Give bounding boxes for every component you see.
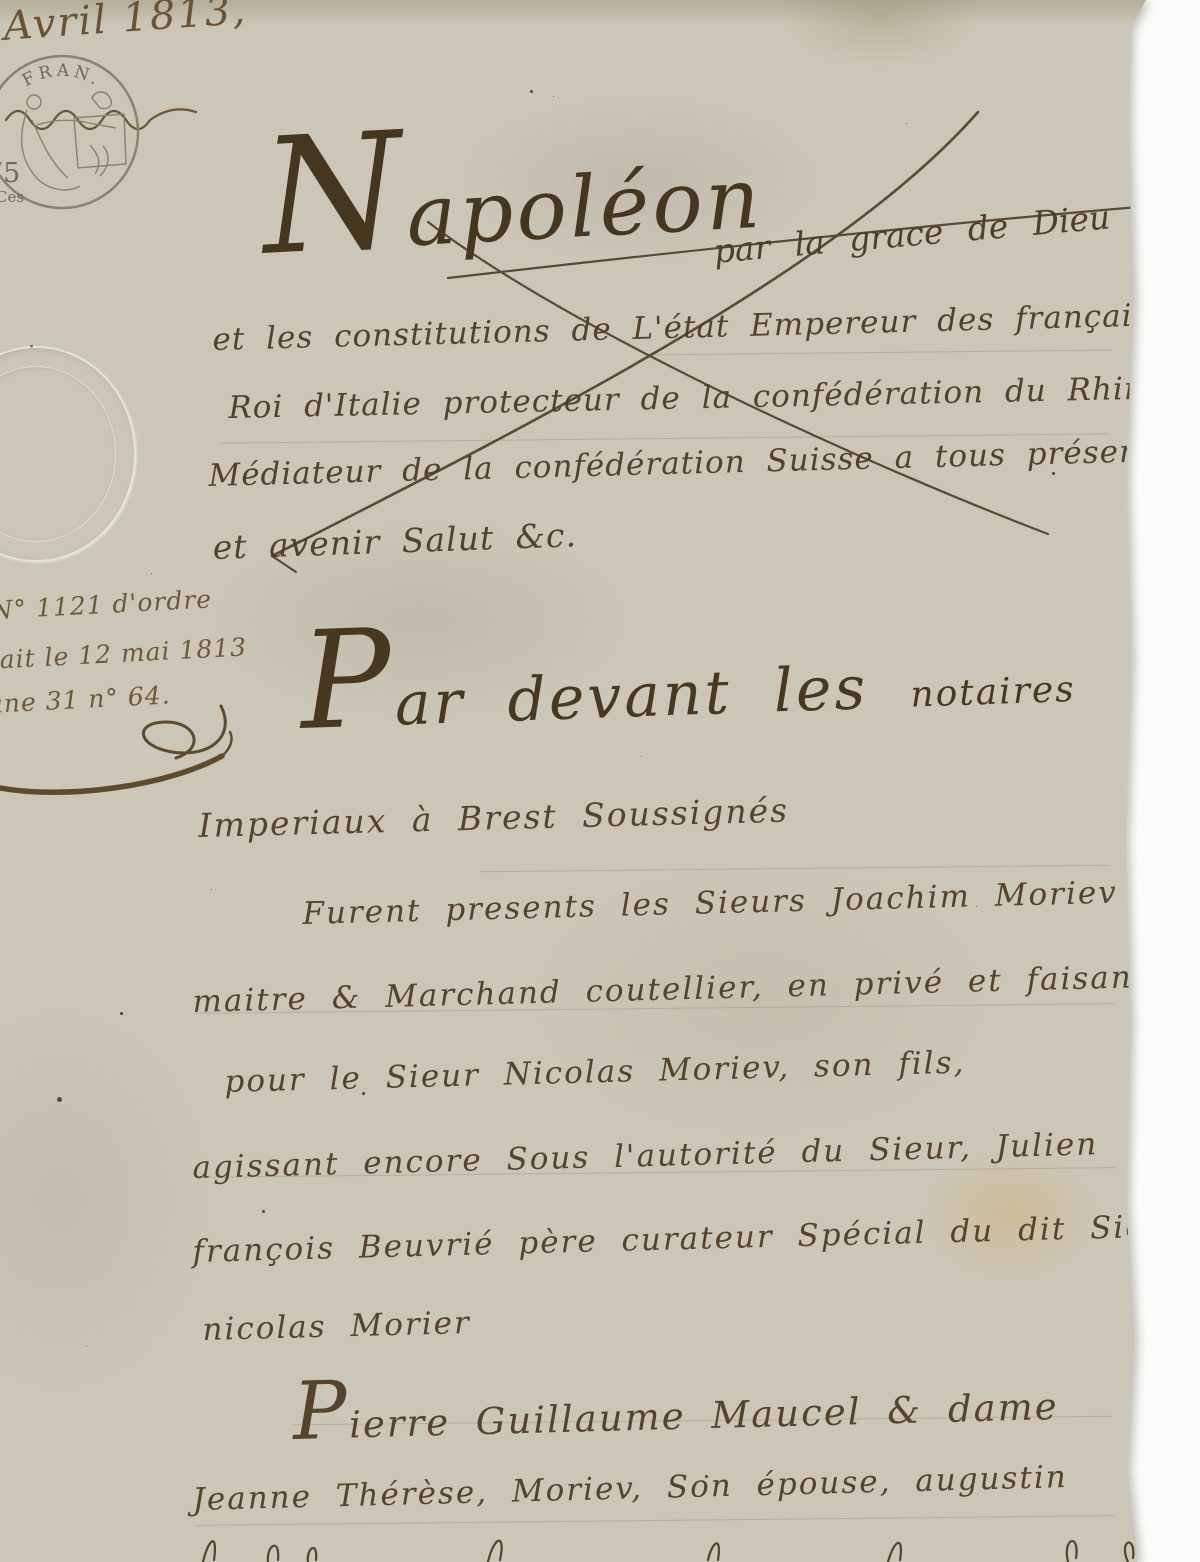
scan-background: Avril 1813, FRAN. 75 Ces [0, 0, 1200, 1562]
clipped-bottom-strokes [203, 1541, 1133, 1562]
clipped-bottom-line [188, 1522, 1138, 1562]
cross-out-arrowhead [272, 541, 300, 572]
cross-out-diagonal-1 [272, 112, 978, 556]
cross-out-strokes [0, 0, 1200, 1562]
document-page: Avril 1813, FRAN. 75 Ces [0, 0, 1160, 1562]
paper-wrap: Avril 1813, FRAN. 75 Ces [0, 0, 1200, 1562]
cross-out-strikethrough [448, 206, 1150, 278]
